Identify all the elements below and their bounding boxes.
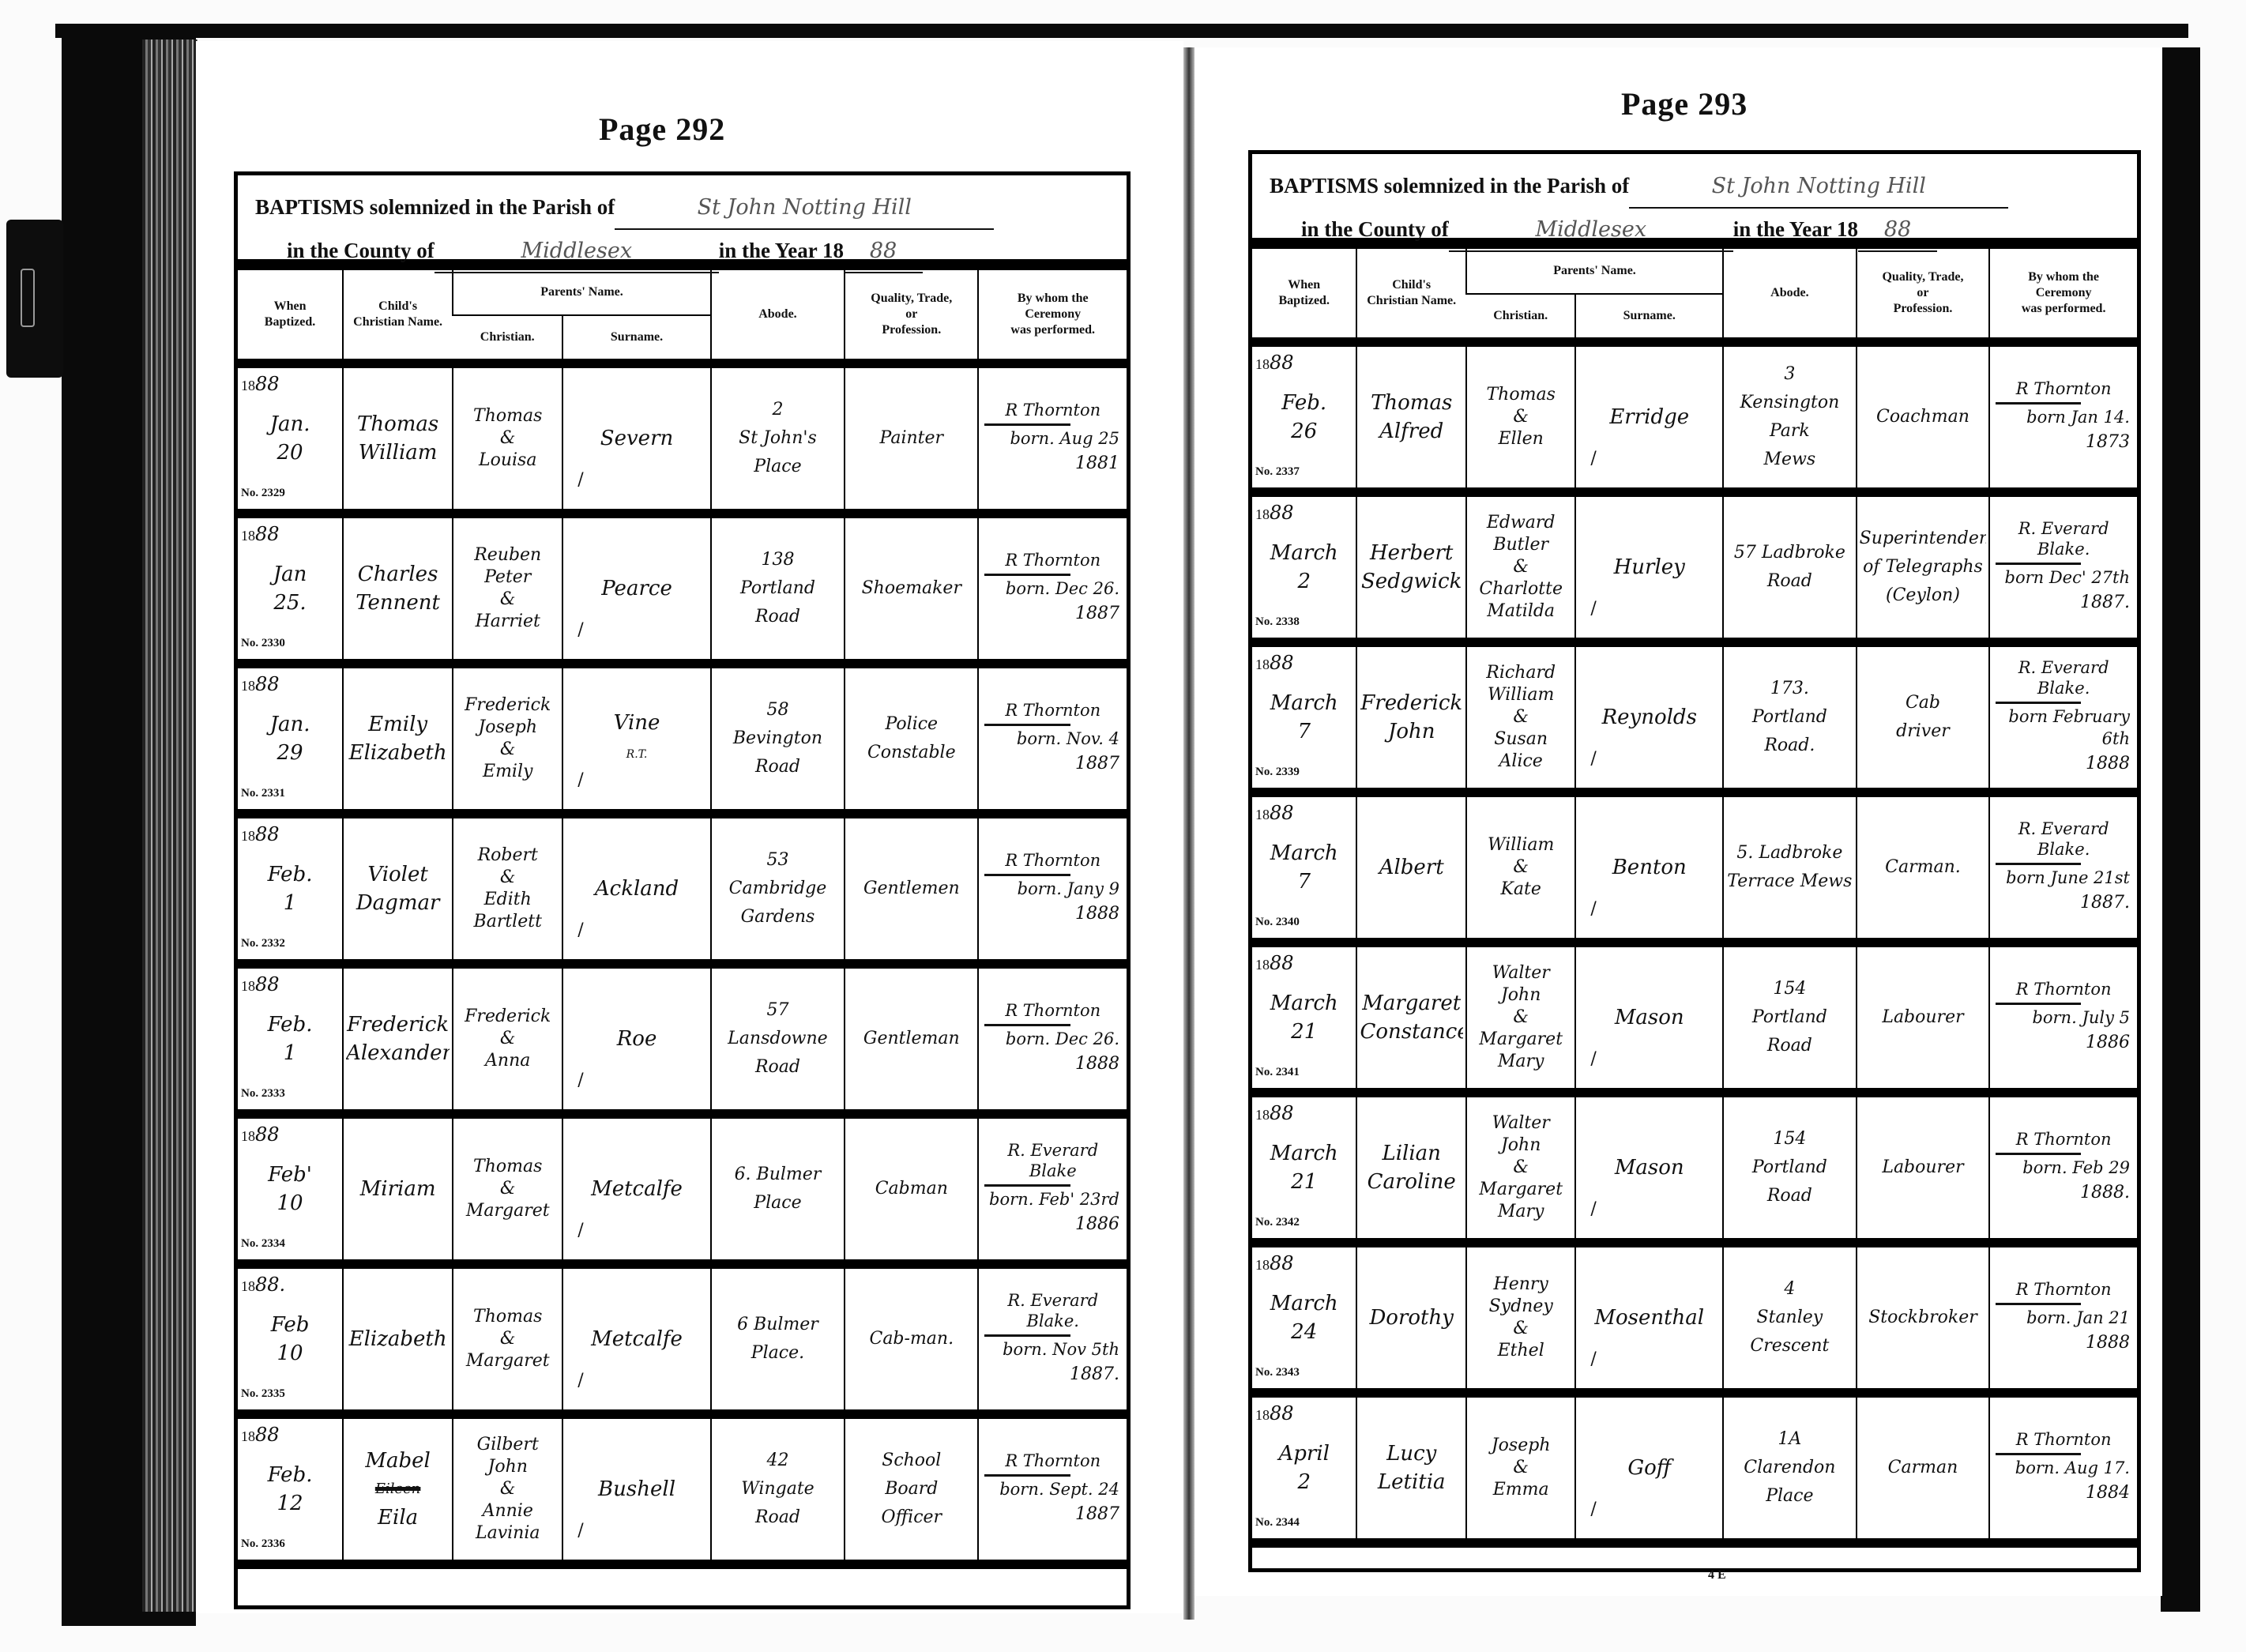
- header-parents-name: Parents' Name.: [1466, 249, 1723, 294]
- header-child-name-text: Christian Name.: [345, 314, 450, 330]
- parent-name: Ellen: [1469, 428, 1572, 450]
- parent-name: Gilbert: [456, 1434, 559, 1456]
- child-name: Mabel: [346, 1447, 450, 1475]
- register-table: WhenBaptized.Child'sChristian Name.Paren…: [1252, 249, 2137, 1548]
- cell-parents-christian: HenrySydney&Ethel: [1466, 1243, 1575, 1393]
- header-by-whom-text: By whom the: [1992, 269, 2135, 285]
- abode-line: Road: [714, 753, 841, 781]
- header-trade-text: Profession.: [1859, 301, 1988, 317]
- tick-mark-icon: /: [1590, 1045, 1596, 1074]
- header-parents-christian: Christian.: [453, 315, 562, 363]
- parent-name: &: [456, 589, 559, 611]
- baptism-date: Jan.: [240, 410, 340, 438]
- parent-name: William: [1469, 834, 1572, 856]
- cell-trade: Shoemaker: [845, 514, 978, 664]
- cell-trade: PoliceConstable: [845, 664, 978, 814]
- abode-line: 4: [1726, 1275, 1853, 1304]
- year-label: in the Year 18: [1733, 217, 1858, 241]
- register-entry[interactable]: 1888Feb.1No. 2332VioletDagmarRobert&Edit…: [238, 814, 1127, 964]
- parish-field: St John Notting Hill: [1629, 166, 2008, 209]
- tick-mark-icon: /: [1590, 1345, 1596, 1374]
- born-year: 1887.: [1992, 889, 2135, 917]
- header-trade-text: or: [1859, 285, 1988, 301]
- born-date: born. Jany 9: [981, 878, 1124, 900]
- cell-abode: 6. BulmerPlace: [711, 1114, 845, 1264]
- surname: Hurley: [1578, 553, 1720, 581]
- born-year: 1887.: [1992, 589, 2135, 617]
- born-year: 1884: [1992, 1479, 2135, 1507]
- officiant-signature: R Thornton: [1992, 378, 2135, 399]
- parent-name: &: [1469, 556, 1572, 578]
- cell-by-whom: R Thorntonborn. Aug 251881: [978, 363, 1127, 514]
- header-child-name-text: Child's: [1359, 277, 1463, 293]
- abode-line: Clarendon: [1726, 1454, 1853, 1482]
- parent-name: Ethel: [1469, 1340, 1572, 1362]
- child-name: Tennent: [346, 589, 450, 617]
- tick-mark-icon: /: [1590, 745, 1596, 773]
- year-handwritten: 88: [1270, 1102, 1294, 1124]
- officiant-signature: R Thornton: [1992, 1279, 2135, 1300]
- parent-name: Harriet: [456, 611, 559, 633]
- parent-name: Thomas: [1469, 384, 1572, 406]
- cell-abode: 173.PortlandRoad.: [1723, 642, 1857, 792]
- baptism-date: 2: [1255, 567, 1353, 596]
- register-entry[interactable]: 1888Feb.26No. 2337ThomasAlfredThomas&Ell…: [1252, 342, 2137, 492]
- tick-mark-icon: /: [1590, 1496, 1596, 1524]
- year-prefix: 18: [241, 378, 255, 393]
- signature-rule: [984, 574, 1070, 576]
- left-page: Page 292BAPTISMS solemnized in the Paris…: [196, 41, 1183, 1613]
- born-year: 1887: [981, 1500, 1124, 1529]
- cell-by-whom: R Thorntonborn. Aug 17.1884: [1989, 1393, 2137, 1543]
- year-prefix: 18: [241, 1428, 255, 1444]
- cell-by-whom: R Thorntonborn. Feb 291888.: [1989, 1093, 2137, 1243]
- parent-name: Matilda: [1469, 600, 1572, 623]
- register-entry[interactable]: 1888Jan25.No. 2330CharlesTennentReubenPe…: [238, 514, 1127, 664]
- cell-when-baptized: 1888March21No. 2342: [1252, 1093, 1356, 1243]
- child-name: Thomas: [1360, 389, 1462, 417]
- cell-surname: Mason/: [1575, 1093, 1723, 1243]
- parish-field: St John Notting Hill: [615, 187, 994, 230]
- header-parents-name: Parents' Name.: [453, 270, 711, 315]
- child-name: Frederick: [346, 1010, 450, 1039]
- child-name: Albert: [1360, 853, 1462, 882]
- born-date: born. Nov 5th: [981, 1338, 1124, 1360]
- parent-name: &: [1469, 1457, 1572, 1479]
- abode-line: 57: [714, 996, 841, 1025]
- tick-mark-icon: /: [577, 616, 583, 645]
- cell-when-baptized: 1888.Feb10No. 2335: [238, 1264, 343, 1414]
- year-prefix: 18: [241, 678, 255, 694]
- cell-surname: Benton/: [1575, 792, 1723, 943]
- parent-name: Emma: [1469, 1479, 1572, 1501]
- parent-name: Charlotte: [1469, 578, 1572, 600]
- cell-when-baptized: 1888Jan25.No. 2330: [238, 514, 343, 664]
- clasp-slot: [21, 269, 35, 327]
- cell-parents-christian: William&Kate: [1466, 792, 1575, 943]
- cell-abode: 2St John'sPlace: [711, 363, 845, 514]
- baptism-date: March: [1255, 539, 1353, 567]
- cell-child-name: MabelEileenEila: [343, 1414, 453, 1564]
- cell-child-name: ThomasWilliam: [343, 363, 453, 514]
- year-field: 88: [1858, 209, 1937, 252]
- entry-year: 1888: [1255, 499, 1294, 529]
- cell-parents-christian: WalterJohn&MargaretMary: [1466, 943, 1575, 1093]
- abode-line: 53: [714, 846, 841, 875]
- header-abode: Abode.: [711, 270, 845, 363]
- cell-child-name: ThomasAlfred: [1356, 342, 1465, 492]
- header-by-whom-text: was performed.: [1992, 301, 2135, 317]
- child-name: Elizabeth: [346, 1325, 450, 1353]
- cell-abode: 5. LadbrokeTerrace Mews: [1723, 792, 1857, 943]
- book-cover-top: [55, 24, 2188, 38]
- abode-line: Road: [1726, 567, 1853, 596]
- cell-child-name: HerbertSedgwick: [1356, 492, 1465, 642]
- signature-rule: [984, 1474, 1070, 1477]
- abode-line: Gardens: [714, 903, 841, 931]
- entry-number: No. 2337: [1255, 457, 1300, 486]
- surname: Vine: [566, 709, 708, 737]
- trade-line: Cab-man.: [848, 1325, 975, 1353]
- header-trade-text: Profession.: [847, 322, 976, 338]
- baptism-date: Feb.: [240, 860, 340, 889]
- cell-trade: Cabdriver: [1857, 642, 1990, 792]
- tick-mark-icon: /: [577, 766, 583, 795]
- parent-name: Bartlett: [456, 911, 559, 933]
- child-name: Caroline: [1360, 1168, 1462, 1196]
- officiant-signature: R Thornton: [981, 400, 1124, 420]
- cell-parents-christian: EdwardButler&CharlotteMatilda: [1466, 492, 1575, 642]
- parent-name: Reuben: [456, 544, 559, 566]
- signature-rule: [1996, 863, 2081, 865]
- abode-line: Crescent: [1726, 1332, 1853, 1360]
- header-child-name: Child'sChristian Name.: [1356, 249, 1465, 342]
- entry-year: 1888: [1255, 348, 1294, 378]
- page-number: Page 292: [599, 111, 725, 148]
- officiant-signature: R Thornton: [981, 700, 1124, 721]
- register-entry[interactable]: 1888Feb'10No. 2334MiriamThomas&MargaretM…: [238, 1114, 1127, 1264]
- abode-line: 2: [714, 396, 841, 424]
- cell-surname: Mosenthal/: [1575, 1243, 1723, 1393]
- child-name: William: [346, 438, 450, 467]
- abode-line: Cambridge: [714, 875, 841, 903]
- parent-name: &: [1469, 406, 1572, 428]
- cell-by-whom: R Thorntonborn. July 51886: [1989, 943, 2137, 1093]
- abode-line: Kensington: [1726, 389, 1853, 417]
- header-parents-christian: Christian.: [1466, 294, 1575, 342]
- cell-child-name: LilianCaroline: [1356, 1093, 1465, 1243]
- entry-number: No. 2334: [241, 1229, 285, 1258]
- baptism-date: 26: [1255, 417, 1353, 446]
- parent-name: Thomas: [456, 1156, 559, 1178]
- cell-parents-christian: FrederickJoseph&Emily: [453, 664, 562, 814]
- signature-rule: [984, 874, 1070, 876]
- cell-by-whom: R Thorntonborn. Nov. 41887: [978, 664, 1127, 814]
- register-entry[interactable]: 1888Jan.29No. 2331EmilyElizabethFrederic…: [238, 664, 1127, 814]
- parent-name: Walter: [1469, 1112, 1572, 1135]
- born-year: 1887.: [981, 1360, 1124, 1389]
- cell-surname: Bushell/: [562, 1414, 711, 1564]
- cell-abode: 58BevingtonRoad: [711, 664, 845, 814]
- abode-line: Road: [1726, 1182, 1853, 1210]
- parent-name: &: [456, 1478, 559, 1500]
- surname: Metcalfe: [566, 1175, 708, 1203]
- cell-trade: Labourer: [1857, 1093, 1990, 1243]
- parent-name: Sydney: [1469, 1296, 1572, 1318]
- surname: Mosenthal: [1578, 1304, 1720, 1332]
- trade-line: Stockbroker: [1860, 1304, 1987, 1332]
- entry-number: No. 2343: [1255, 1358, 1300, 1387]
- register-entry[interactable]: 1888April2No. 2344LucyLetitiaJoseph&Emma…: [1252, 1393, 2137, 1543]
- book-cover-right: [2161, 47, 2200, 1612]
- entry-year: 1888: [1255, 649, 1294, 679]
- abode-line: 154: [1726, 975, 1853, 1003]
- entry-number: No. 2330: [241, 629, 285, 657]
- signature-rule: [1996, 402, 2081, 405]
- register-table: WhenBaptized.Child'sChristian Name.Paren…: [238, 270, 1127, 1569]
- parent-name: &: [1469, 1318, 1572, 1340]
- born-date: born. Feb 29: [1992, 1157, 2135, 1179]
- abode-line: 6. Bulmer: [714, 1161, 841, 1189]
- trade-line: Coachman: [1860, 403, 1987, 431]
- county-label: in the County of: [287, 239, 435, 262]
- baptism-date: March: [1255, 989, 1353, 1018]
- cell-child-name: MargaretConstance: [1356, 943, 1465, 1093]
- cell-child-name: EmilyElizabeth: [343, 664, 453, 814]
- child-name: Violet: [346, 860, 450, 889]
- trade-line: Board: [848, 1475, 975, 1503]
- register-entry[interactable]: 1888Jan.20No. 2329ThomasWilliamThomas&Lo…: [238, 363, 1127, 514]
- entry-year: 1888: [1255, 1399, 1294, 1429]
- surname: Erridge: [1578, 403, 1720, 431]
- entry-number: No. 2335: [241, 1379, 285, 1408]
- abode-line: Terrace Mews: [1726, 867, 1853, 896]
- register-entry[interactable]: 1888March21No. 2341MargaretConstanceWalt…: [1252, 943, 2137, 1093]
- parent-name: Edward: [1469, 512, 1572, 534]
- header-by-whom-text: was performed.: [980, 322, 1125, 338]
- child-name: Margaret: [1360, 989, 1462, 1018]
- struck-name: Eileen: [346, 1475, 450, 1503]
- born-date: born. Sept. 24: [981, 1478, 1124, 1500]
- born-date: born. Jan 21: [1992, 1307, 2135, 1329]
- parent-name: &: [1469, 1157, 1572, 1179]
- cell-by-whom: R Thorntonborn. Jan 211888: [1989, 1243, 2137, 1393]
- trade-line: (Ceylon): [1860, 581, 1987, 610]
- year-handwritten: 88: [1270, 1252, 1294, 1274]
- baptism-date: 7: [1255, 867, 1353, 896]
- signature-rule: [1996, 702, 2081, 704]
- year-prefix: 18: [241, 528, 255, 544]
- cell-when-baptized: 1888Feb'10No. 2334: [238, 1114, 343, 1264]
- parent-name: &: [456, 1328, 559, 1350]
- baptism-date: April: [1255, 1439, 1353, 1468]
- abode-line: Road.: [1726, 732, 1853, 760]
- cell-parents-christian: Joseph&Emma: [1466, 1393, 1575, 1543]
- cell-abode: 6 BulmerPlace.: [711, 1264, 845, 1414]
- child-name: Eila: [346, 1503, 450, 1532]
- tick-mark-icon: /: [1590, 595, 1596, 623]
- child-name: Alfred: [1360, 417, 1462, 446]
- header-when-baptized-text: Baptized.: [1254, 293, 1354, 309]
- register-entry[interactable]: 1888March2No. 2338HerbertSedgwickEdwardB…: [1252, 492, 2137, 642]
- baptism-date: 24: [1255, 1318, 1353, 1346]
- parent-name: Thomas: [456, 405, 559, 427]
- child-name: Miriam: [346, 1175, 450, 1203]
- cell-by-whom: R Thorntonborn. Jany 91888: [978, 814, 1127, 964]
- officiant-signature: R Thornton: [981, 850, 1124, 871]
- tick-mark-icon: /: [577, 1217, 583, 1245]
- year-prefix: 18: [241, 1128, 255, 1144]
- baptism-date: Feb: [240, 1311, 340, 1339]
- parent-name: Joseph: [456, 717, 559, 739]
- parent-name: Emily: [456, 761, 559, 783]
- cell-surname: Reynolds/: [1575, 642, 1723, 792]
- entry-number: No. 2344: [1255, 1508, 1300, 1537]
- entry-year: 1888: [241, 670, 280, 700]
- register-entry[interactable]: 1888March24No. 2343DorothyHenrySydney&Et…: [1252, 1243, 2137, 1393]
- child-name: Dorothy: [1360, 1304, 1462, 1332]
- officiant-signature: R Thornton: [1992, 979, 2135, 999]
- born-date: born. Nov. 4: [981, 728, 1124, 750]
- register-entry[interactable]: 1888March7No. 2339FrederickJohnRichardWi…: [1252, 642, 2137, 792]
- signature-rule: [984, 1184, 1070, 1187]
- baptism-date: March: [1255, 689, 1353, 717]
- parent-name: Mary: [1469, 1051, 1572, 1073]
- baptism-date: March: [1255, 839, 1353, 867]
- abode-line: Place: [714, 1189, 841, 1217]
- cell-when-baptized: 1888Feb.1No. 2333: [238, 964, 343, 1114]
- header-by-whom-text: By whom the: [980, 291, 1125, 307]
- year-handwritten: 88: [255, 1424, 280, 1446]
- cell-parents-christian: WalterJohn&MargaretMary: [1466, 1093, 1575, 1243]
- cell-trade: SchoolBoardOfficer: [845, 1414, 978, 1564]
- entry-number: No. 2338: [1255, 608, 1300, 636]
- born-date: born. Dec 26.: [981, 1028, 1124, 1050]
- cell-surname: Ackland/: [562, 814, 711, 964]
- cell-surname: Roe/: [562, 964, 711, 1114]
- entry-number: No. 2339: [1255, 758, 1300, 786]
- signature-rule: [1996, 1303, 2081, 1305]
- officiant-signature: R. Everard Blake.: [1992, 818, 2135, 860]
- parent-name: Joseph: [1469, 1435, 1572, 1457]
- surname: Pearce: [566, 574, 708, 603]
- year-prefix: 18: [1255, 1257, 1270, 1273]
- header-by-whom-text: Ceremony: [1992, 285, 2135, 301]
- cell-surname: Severn/: [562, 363, 711, 514]
- cell-trade: Coachman: [1857, 342, 1990, 492]
- abode-line: Portland: [714, 574, 841, 603]
- cell-surname: Hurley/: [1575, 492, 1723, 642]
- parent-name: &: [456, 1028, 559, 1050]
- tick-mark-icon: /: [1590, 445, 1596, 473]
- register-entry[interactable]: 1888Feb.1No. 2333FrederickAlexanderFrede…: [238, 964, 1127, 1114]
- cell-surname: Metcalfe/: [562, 1264, 711, 1414]
- abode-line: Road: [714, 1053, 841, 1082]
- cell-child-name: LucyLetitia: [1356, 1393, 1465, 1543]
- cell-trade: Painter: [845, 363, 978, 514]
- cell-when-baptized: 1888Feb.12No. 2336: [238, 1414, 343, 1564]
- baptism-date: 20: [240, 438, 340, 467]
- entry-year: 1888: [241, 370, 280, 400]
- header-when-baptized-text: Baptized.: [239, 314, 340, 330]
- year-handwritten: 88: [255, 1123, 280, 1146]
- parent-name: Alice: [1469, 751, 1572, 773]
- cell-child-name: FrederickJohn: [1356, 642, 1465, 792]
- born-year: 1888: [981, 900, 1124, 928]
- parent-name: &: [1469, 1007, 1572, 1029]
- entry-number: No. 2329: [241, 479, 285, 507]
- register-entry[interactable]: 1888March7No. 2340AlbertWilliam&KateBent…: [1252, 792, 2137, 943]
- abode-line: Road: [1726, 1032, 1853, 1060]
- trade-line: Officer: [848, 1503, 975, 1532]
- baptism-date: 21: [1255, 1168, 1353, 1196]
- entry-number: No. 2332: [241, 929, 285, 958]
- year-handwritten: 88: [1270, 1402, 1294, 1424]
- register-entry[interactable]: 1888Feb.12No. 2336MabelEileenEilaGilbert…: [238, 1414, 1127, 1564]
- abode-line: 154: [1726, 1125, 1853, 1153]
- surname: Benton: [1578, 853, 1720, 882]
- baptism-register: BAPTISMS solemnized in the Parish ofSt J…: [234, 171, 1131, 1609]
- abode-line: 58: [714, 696, 841, 724]
- trade-line: Carman.: [1860, 853, 1987, 882]
- parish-line: BAPTISMS solemnized in the Parish ofSt J…: [255, 186, 1111, 230]
- year-handwritten: 88: [1270, 802, 1294, 824]
- cell-parents-christian: Thomas&Margaret: [453, 1114, 562, 1264]
- child-name: Thomas: [346, 410, 450, 438]
- year-handwritten: 88: [255, 373, 280, 395]
- entry-year: 1888: [1255, 1249, 1294, 1279]
- born-date: born. Feb' 23rd: [981, 1188, 1124, 1210]
- year-field: 88: [844, 231, 923, 273]
- signature-rule: [1996, 1003, 2081, 1005]
- born-year: 1888.: [1992, 1179, 2135, 1207]
- trade-line: Cab: [1860, 689, 1987, 717]
- parish-line: BAPTISMS solemnized in the Parish ofSt J…: [1270, 165, 2121, 209]
- cell-surname: Erridge/: [1575, 342, 1723, 492]
- header-when-baptized: WhenBaptized.: [238, 270, 343, 363]
- register-entry[interactable]: 1888.Feb10No. 2335ElizabethThomas&Margar…: [238, 1264, 1127, 1414]
- year-handwritten: 88: [1270, 352, 1294, 374]
- parent-name: Kate: [1469, 879, 1572, 901]
- cell-when-baptized: 1888March24No. 2343: [1252, 1243, 1356, 1393]
- cell-trade: Carman.: [1857, 792, 1990, 943]
- born-year: 1887: [981, 600, 1124, 628]
- officiant-signature: R Thornton: [1992, 1129, 2135, 1150]
- entry-number: No. 2340: [1255, 908, 1300, 936]
- officiant-signature: R Thornton: [981, 1451, 1124, 1471]
- signature-rule: [984, 1024, 1070, 1026]
- abode-line: Bevington: [714, 724, 841, 753]
- register-entry[interactable]: 1888March21No. 2342LilianCarolineWalterJ…: [1252, 1093, 2137, 1243]
- cell-when-baptized: 1888Jan.20No. 2329: [238, 363, 343, 514]
- baptism-date: Feb': [240, 1161, 340, 1189]
- born-year: 1888: [1992, 1329, 2135, 1357]
- parent-name: John: [1469, 984, 1572, 1007]
- cell-surname: Mason/: [1575, 943, 1723, 1093]
- signature-rule: [1996, 1453, 2081, 1455]
- abode-line: Place: [714, 453, 841, 481]
- parent-name: Margaret: [456, 1350, 559, 1372]
- surname: Goff: [1578, 1454, 1720, 1482]
- tick-mark-icon: /: [577, 1517, 583, 1545]
- baptism-date: 21: [1255, 1018, 1353, 1046]
- parent-name: Margaret: [456, 1200, 559, 1222]
- header-parents-surname: Surname.: [562, 315, 711, 363]
- header-when-baptized-text: When: [1254, 277, 1354, 293]
- trade-line: Labourer: [1860, 1153, 1987, 1182]
- child-name: Constance: [1360, 1018, 1462, 1046]
- born-year: 1887: [981, 750, 1124, 778]
